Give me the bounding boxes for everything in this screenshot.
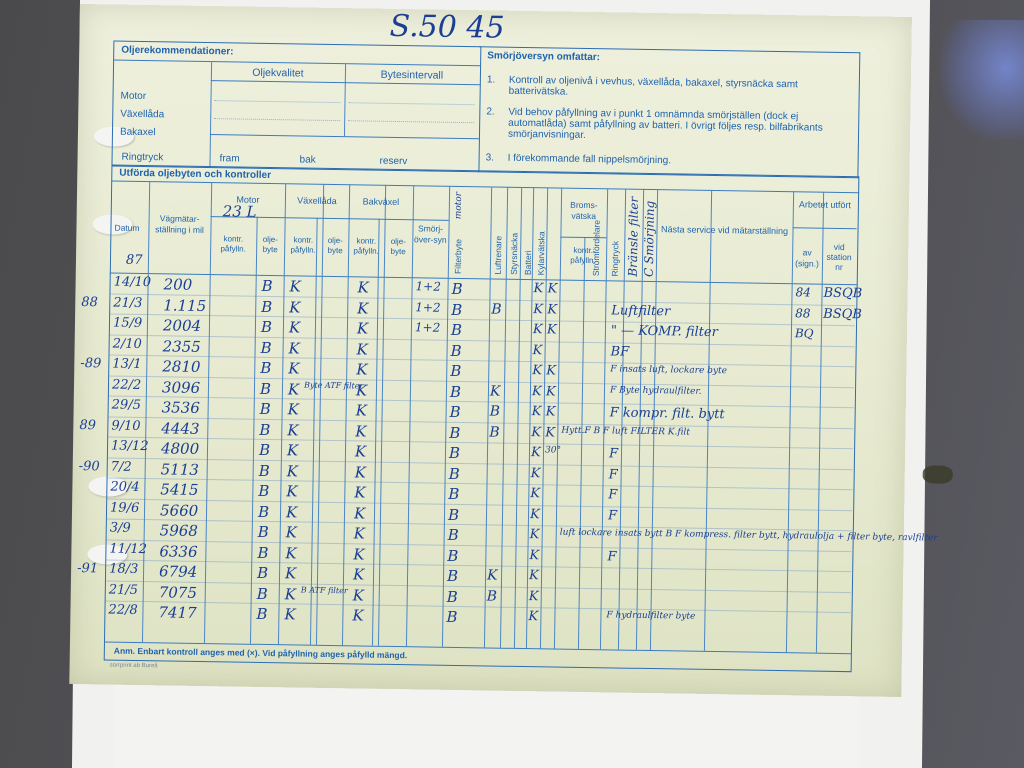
row-air-filter: B [491, 301, 502, 317]
row-lubrication: 1+2 [415, 300, 441, 314]
change-interval-header: Bytesintervall [345, 68, 479, 82]
row-date: 22/8 [108, 603, 137, 618]
row-axle-check: K [356, 381, 368, 399]
header-next-service: Nästa service vid mätarställning [656, 223, 792, 237]
year-marker: 87 [126, 253, 143, 268]
tire-front-label: fram [220, 153, 240, 164]
row-coolant: K [546, 404, 556, 419]
stain [923, 465, 953, 483]
row-axle-check: K [354, 483, 366, 501]
header-check-refill: kontr. påfylln. [348, 236, 384, 257]
lub-item-number: 1. [487, 74, 496, 85]
row-gearbox-note: B ATF filter [301, 585, 348, 595]
row-axle-check: K [355, 463, 367, 481]
motor-oil-amount-handwritten: 23 L [223, 202, 257, 221]
row-axle-check: K [354, 504, 366, 522]
oil-recommendations-title: Oljerekommendationer: [121, 45, 233, 58]
row-odometer: 1.115 [163, 296, 206, 315]
year-marker: -90 [79, 459, 100, 474]
row-gearbox-check: K [285, 544, 297, 562]
row-gearbox-check: K [285, 564, 297, 582]
tire-rear-label: bak [299, 154, 315, 165]
row-battery: K [529, 568, 539, 583]
row-odometer: 6794 [159, 562, 197, 581]
row-battery: K [533, 281, 543, 296]
row-odometer: 200 [163, 275, 192, 293]
row-station: BSQB [823, 286, 862, 302]
row-notes: F Byte hydraulfilter. [610, 385, 702, 396]
header-oil-change: olje-byte [384, 237, 412, 257]
row-motor-change: B [257, 543, 268, 561]
row-odometer: 2355 [162, 337, 200, 356]
row-motor-change: B [257, 584, 268, 602]
oil-row-rear-axle: Bakaxel [120, 127, 156, 139]
row-notes: F [609, 467, 618, 482]
row-date: 2/10 [113, 336, 142, 351]
row-filter: B [447, 546, 458, 564]
row-odometer: 5968 [160, 521, 198, 540]
row-axle-check: K [356, 340, 368, 358]
row-gearbox-check: K [285, 585, 297, 603]
row-date: 9/10 [111, 418, 140, 433]
row-battery: K [532, 404, 542, 419]
row-axle-check: K [352, 606, 364, 624]
screen-glare [940, 20, 1024, 140]
row-battery: K [531, 425, 541, 440]
row-station: BSQB [823, 306, 862, 322]
row-date: 13/12 [111, 439, 149, 455]
service-log-title: Utförda oljebyten och kontroller [119, 168, 271, 181]
row-lubrication: 1+2 [415, 320, 441, 334]
row-coolant: K [546, 363, 556, 378]
row-filter: B [447, 567, 458, 585]
header-work-done: Arbetet utfört [793, 199, 857, 211]
printer-credit: sorrprint ab Bureå [110, 663, 158, 670]
row-notes: Luftfilter [611, 303, 670, 319]
row-air-filter: B [490, 403, 501, 419]
row-axle-check: K [354, 524, 366, 542]
row-air-filter: K [487, 567, 498, 583]
row-filter: B [446, 608, 457, 626]
tire-spare-label: reserv [379, 156, 407, 167]
row-coolant: K [546, 384, 556, 399]
row-battery: K [529, 589, 539, 604]
row-notes: F kompr. filt. bytt [610, 405, 725, 422]
row-battery: K [533, 302, 543, 317]
row-odometer: 5415 [160, 480, 198, 499]
row-filter: B [451, 280, 462, 298]
row-odometer: 3536 [162, 398, 200, 417]
row-filter: B [448, 485, 459, 503]
row-date: 18/3 [109, 562, 138, 577]
row-odometer: 2004 [163, 316, 201, 335]
row-battery: K [531, 466, 541, 481]
row-axle-check: K [353, 586, 365, 604]
row-gearbox-check: K [289, 298, 301, 316]
row-filter: B [450, 362, 461, 380]
row-odometer: 5113 [161, 460, 199, 479]
row-axle-check: K [353, 565, 365, 583]
header-check-refill: kontr. påfylln. [210, 234, 256, 255]
row-notes: F [609, 446, 618, 461]
row-lubrication: 1+2 [415, 279, 441, 293]
header-odometer: Vägmätar-ställning i mil [148, 213, 210, 236]
vehicle-id-handwritten: S.50 45 [389, 9, 504, 46]
row-date: 13/1 [112, 357, 141, 372]
row-motor-change: B [260, 400, 271, 418]
row-gearbox-check: K [287, 462, 299, 480]
row-date: 7/2 [111, 459, 132, 474]
header-distributor: Strömfördelare [590, 194, 603, 276]
header-check-refill: kontr. påfylln. [284, 235, 322, 256]
row-motor-change: B [259, 441, 270, 459]
row-motor-change: B [259, 420, 270, 438]
row-gearbox-check: K [288, 339, 300, 357]
header-oil-change: olje-byte [256, 235, 284, 255]
row-filter: B [451, 321, 462, 339]
row-battery: K [532, 363, 542, 378]
row-filter: B [451, 300, 462, 318]
row-battery: K [529, 548, 539, 563]
lub-item-2: Vid behov påfyllning av i punkt 1 omnämn… [508, 107, 853, 145]
row-motor-change: B [257, 564, 268, 582]
row-notes: " — KOMP. filter [611, 323, 718, 340]
row-motor-change: B [258, 482, 269, 500]
row-motor-change: B [260, 379, 271, 397]
row-filter: B [449, 464, 460, 482]
image-viewer-background [115, 684, 860, 768]
row-motor-change: B [256, 605, 267, 623]
row-gearbox-check: K [288, 400, 300, 418]
row-filter: B [449, 444, 460, 462]
header-gearbox: Växellåda [285, 195, 349, 206]
row-gearbox-check: K [287, 421, 299, 439]
row-notes: F [608, 487, 617, 502]
row-motor-change: B [260, 338, 271, 356]
oil-row-motor: Motor [120, 91, 146, 102]
row-gearbox-check: K [286, 482, 298, 500]
row-air-filter: B [489, 424, 500, 440]
row-battery: K [530, 507, 540, 522]
row-motor-change: B [260, 359, 271, 377]
row-axle-check: K [357, 278, 369, 296]
row-odometer: 3096 [162, 378, 200, 397]
row-date: 29/5 [112, 398, 141, 413]
header-oil-change: olje-byte [322, 236, 348, 256]
row-filter: B [449, 403, 460, 421]
year-marker: -91 [77, 561, 98, 576]
row-gearbox-check: K [288, 380, 300, 398]
header-air-filter: Luftrenare [492, 193, 505, 275]
row-filter: B [448, 526, 459, 544]
header-station: vid station nr [822, 242, 856, 273]
row-motor-change: B [258, 502, 269, 520]
row-axle-check: K [355, 442, 367, 460]
row-filter: B [450, 382, 461, 400]
row-gearbox-check: K [286, 503, 298, 521]
header-signed-by: av (sign.) [792, 247, 822, 269]
row-odometer: 6336 [159, 542, 197, 561]
year-marker: -89 [80, 356, 101, 371]
row-notes: F [607, 549, 616, 564]
row-odometer: 7417 [158, 603, 196, 622]
year-marker: 89 [79, 418, 96, 433]
row-air-filter: K [490, 383, 501, 399]
row-odometer: 5660 [160, 501, 198, 520]
row-filter: B [449, 423, 460, 441]
row-axle-check: K [356, 401, 368, 419]
row-axle-check: K [357, 299, 369, 317]
row-battery: K [528, 609, 538, 624]
row-date: 3/9 [110, 521, 131, 536]
lub-item-number: 2. [486, 106, 495, 117]
header-rear-axle: Bakväxel [349, 196, 413, 207]
row-gearbox-check: K [287, 441, 299, 459]
year-marker: 88 [81, 295, 98, 310]
row-date: 19/6 [110, 500, 139, 515]
row-odometer: 7075 [159, 583, 197, 602]
row-motor-change: B [261, 318, 272, 336]
fuel-filter-handwritten: Bränsle filter [626, 193, 641, 277]
row-filter: B [450, 341, 461, 359]
row-axle-check: K [356, 360, 368, 378]
service-log-card: S.50 45 Oljerekommendationer: Oljekvalit… [69, 4, 912, 697]
header-coolant: Kylarvätska [535, 193, 548, 275]
row-odometer: 4800 [161, 439, 199, 458]
header-steering: Styrsnäcka [508, 193, 521, 275]
row-date: 15/9 [113, 316, 142, 331]
row-notes: F insats luft, lockare byte [610, 364, 727, 376]
header-tire-pressure: Ringtryck [609, 194, 622, 276]
row-coolant: K [545, 425, 555, 440]
header-lubrication: Smörj-över-syn [412, 223, 448, 246]
row-battery: K [530, 527, 540, 542]
row-battery: K [533, 343, 543, 358]
row-air-filter: B [487, 588, 498, 604]
row-axle-check: K [353, 545, 365, 563]
row-date: 14/10 [114, 275, 152, 291]
oil-row-gearbox: Växellåda [120, 109, 164, 121]
row-motor-change: B [259, 461, 270, 479]
row-gearbox-check: K [286, 523, 298, 541]
row-axle-check: K [357, 319, 369, 337]
row-gearbox-check: K [288, 359, 300, 377]
row-gearbox-check: K [289, 318, 301, 336]
row-coolant: K [547, 322, 557, 337]
row-coolant: 30° [545, 445, 561, 455]
row-gearbox-note: Byte ATF filter [304, 380, 363, 390]
oil-quality-header: Oljekvalitet [211, 66, 345, 80]
tire-pressure-label: Ringtryck [122, 152, 164, 164]
row-date: 21/5 [109, 582, 138, 597]
row-signature: 88 [795, 306, 810, 320]
row-date: 11/12 [109, 541, 147, 557]
row-gearbox-check: K [289, 277, 301, 295]
row-notes: BF [610, 344, 629, 359]
row-battery: K [533, 322, 543, 337]
row-odometer: 4443 [161, 419, 199, 438]
row-motor-change: B [261, 297, 272, 315]
row-notes: F [608, 508, 617, 523]
row-signature: 84 [795, 285, 810, 299]
header-date: Datum [114, 223, 139, 233]
row-signature: BQ [795, 326, 814, 340]
row-notes: Hytt.F B F luft FILTER K.filt [561, 425, 690, 437]
row-date: 21/3 [113, 295, 142, 310]
row-date: 20/4 [110, 480, 139, 495]
row-battery: K [530, 486, 540, 501]
row-filter: B [447, 587, 458, 605]
row-gearbox-check: K [284, 605, 296, 623]
row-battery: K [532, 384, 542, 399]
row-axle-check: K [355, 422, 367, 440]
row-date: 22/2 [112, 377, 141, 392]
row-notes: F hydraulfilter byte [606, 610, 695, 621]
row-odometer: 2810 [162, 357, 200, 376]
row-battery: K [531, 445, 541, 460]
row-motor-change: B [261, 277, 272, 295]
row-motor-change: B [258, 523, 269, 541]
row-filter: B [448, 505, 459, 523]
row-coolant: K [547, 302, 557, 317]
row-coolant: K [547, 281, 557, 296]
lubrication-handwritten: C Smörjning [642, 193, 657, 277]
lub-item-number: 3. [486, 152, 495, 163]
filter-motor-handwritten: motor [454, 192, 464, 219]
header-battery: Batteri [522, 193, 535, 275]
lubrication-overview-title: Smörjöversyn omfattar: [487, 50, 600, 63]
